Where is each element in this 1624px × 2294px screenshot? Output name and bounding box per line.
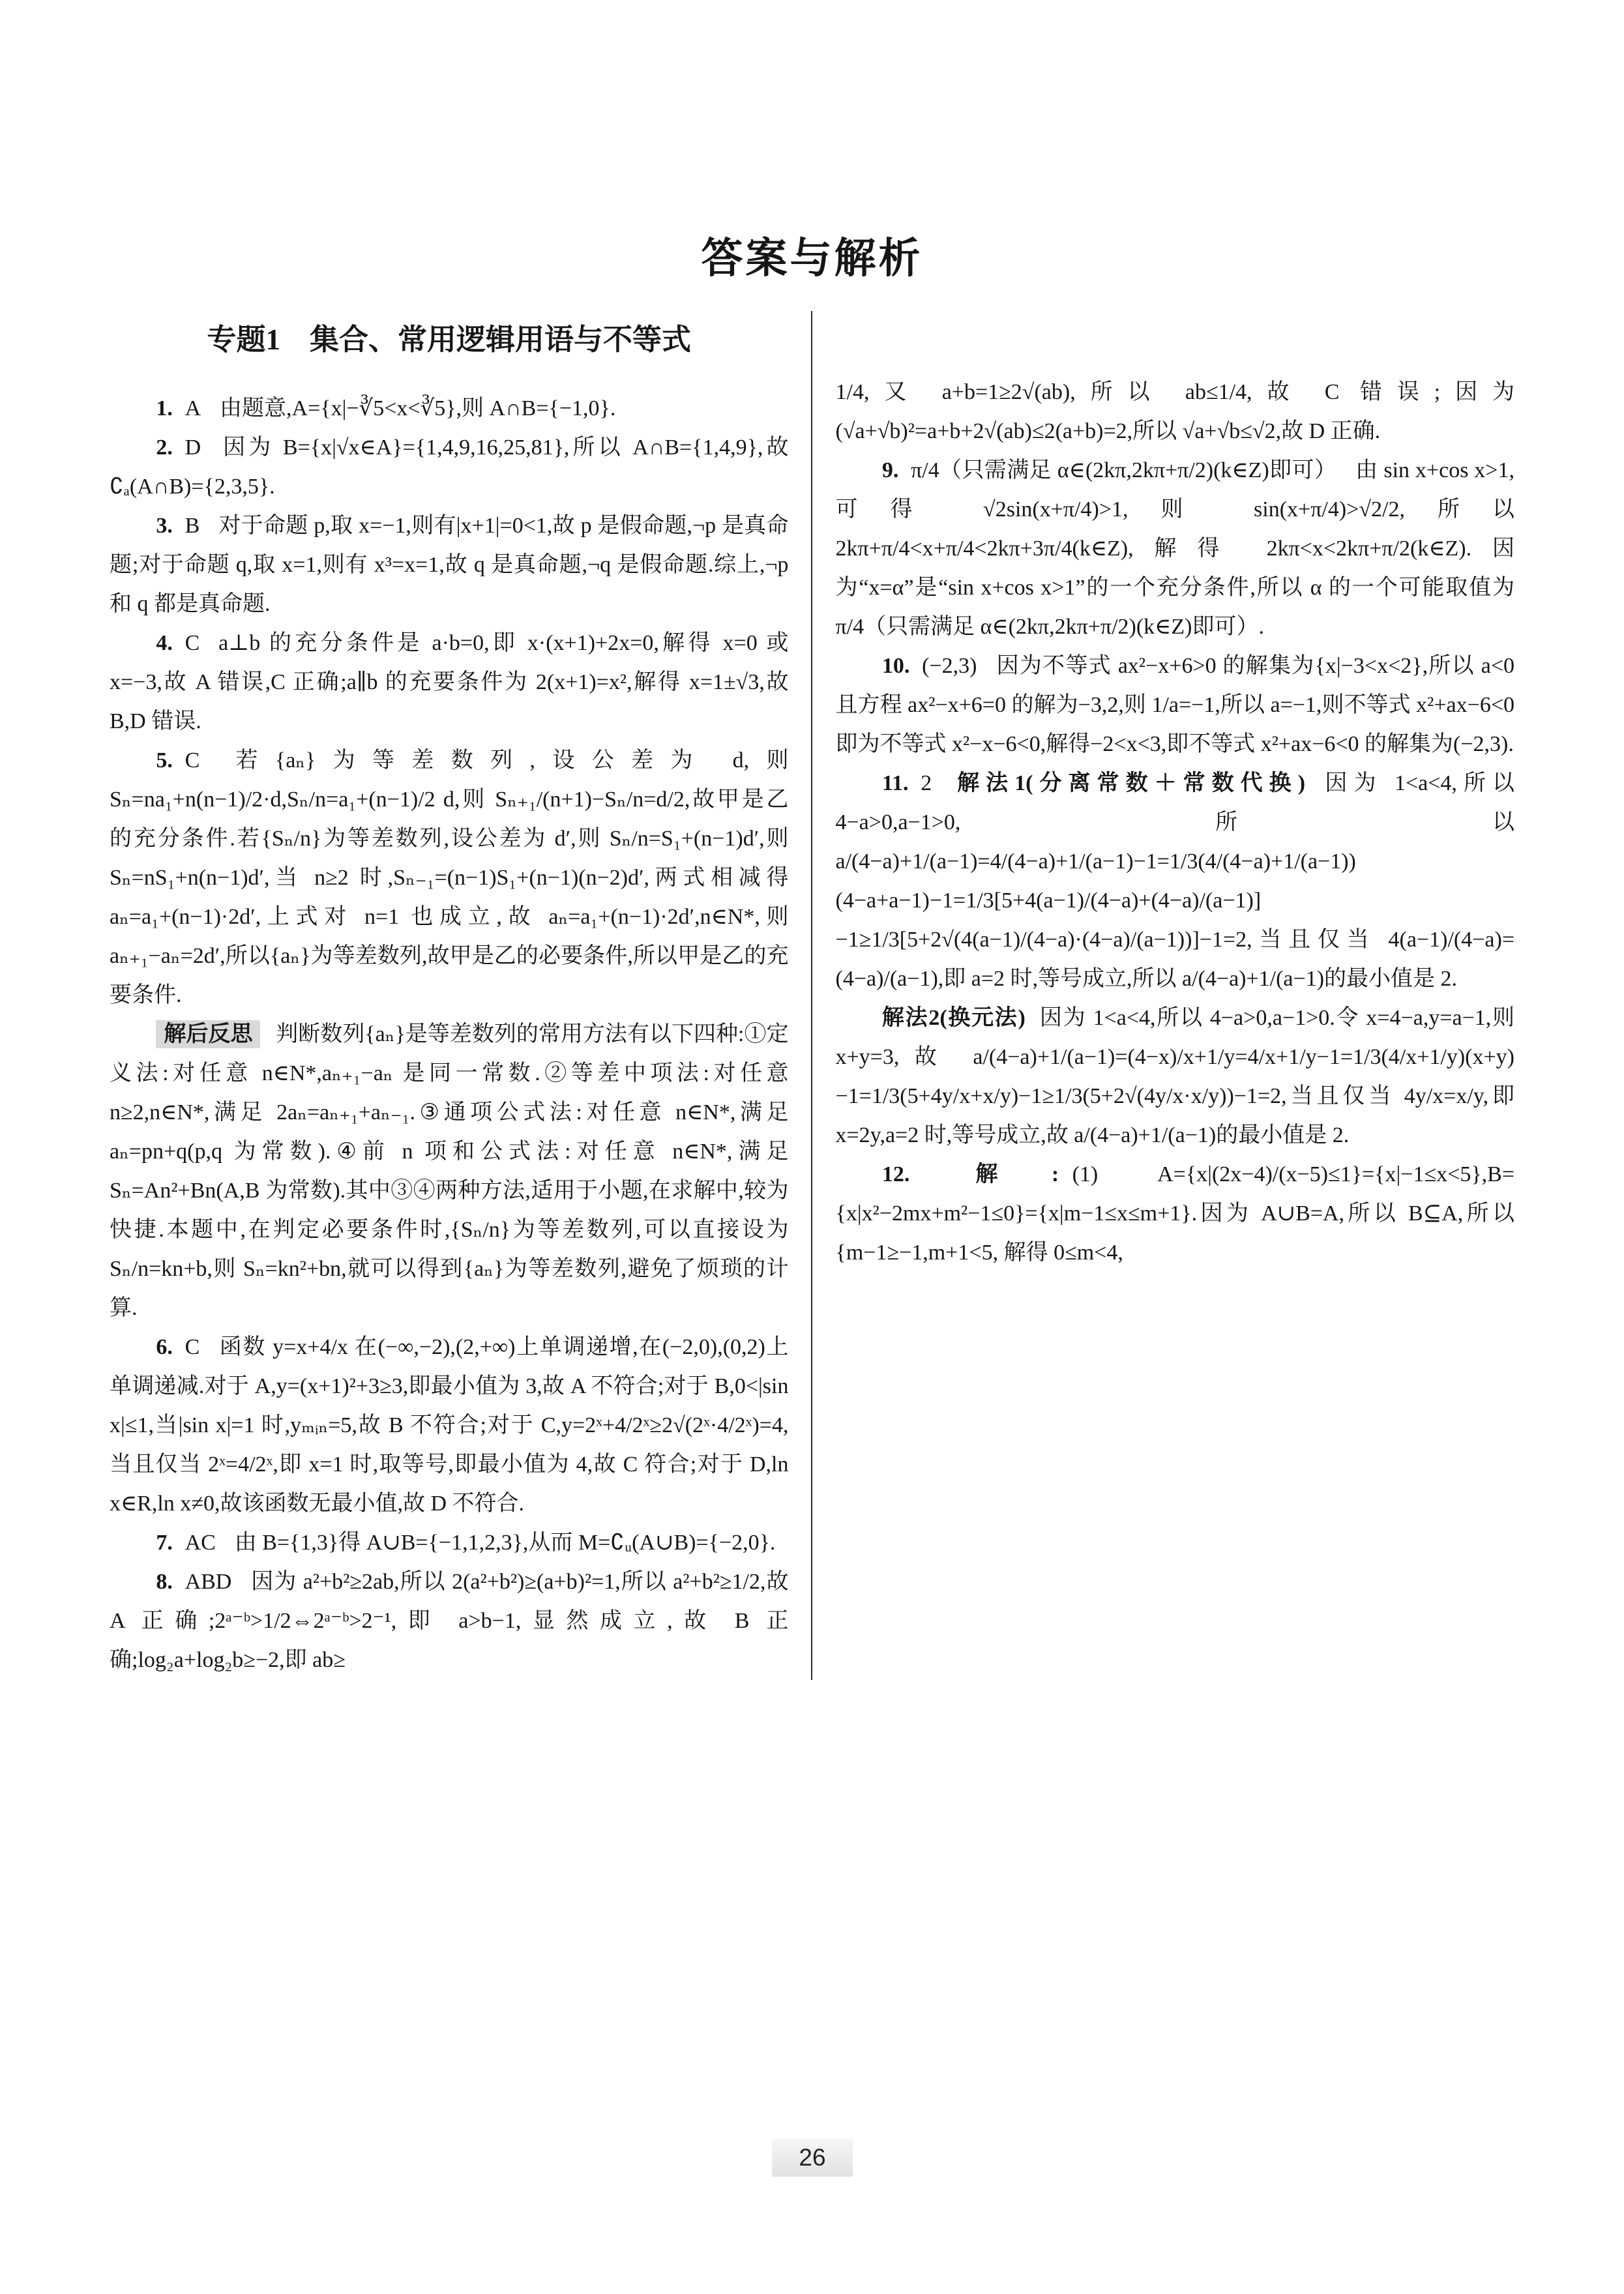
reflection-note: 解后反思判断数列{aₙ}是等差数列的常用方法有以下四种:①定义法:对任意 n∈N… [110, 1015, 789, 1328]
solution-item-8-continued: 1/4,又 a+b=1≥2√(ab),所以 ab≤1/4,故 C 错误;因为(√… [836, 373, 1515, 451]
item-answer: D [185, 435, 201, 460]
solution-item-7: 7.AC由 B={1,3}得 A∪B={−1,1,2,3},从而 M=∁ᵤ(A∪… [110, 1523, 789, 1563]
item-body: 对于命题 p,取 x=−1,则有|x+1|=0<1,故 p 是假命题,¬p 是真… [110, 514, 789, 616]
section-heading: 专题1 集合、常用逻辑用语与不等式 [110, 320, 789, 359]
two-column-layout: 专题1 集合、常用逻辑用语与不等式 1.A由题意,A={x|−∛5<x<∛5},… [0, 311, 1624, 1680]
solution-item-6: 6.C函数 y=x+4/x 在(−∞,−2),(2,+∞)上单调递增,在(−2,… [110, 1328, 789, 1523]
item-number: 6. [156, 1335, 173, 1359]
item-answer: (−2,3) [922, 654, 977, 678]
reflection-label: 解后反思 [156, 1020, 260, 1048]
method-label: 解: [922, 1162, 1059, 1186]
item-answer: C [185, 1335, 200, 1359]
item-body: 函数 y=x+4/x 在(−∞,−2),(2,+∞)上单调递增,在(−2,0),… [110, 1335, 789, 1516]
item-number: 4. [156, 631, 173, 655]
item-number: 3. [156, 514, 173, 538]
item-number: 7. [156, 1531, 173, 1555]
solution-item-5: 5.C若{aₙ}为等差数列,设公差为 d,则 Sₙ=na₁+n(n−1)/2·d… [110, 741, 789, 1015]
item-number: 12. [882, 1162, 910, 1186]
solution-item-8: 8.ABD因为 a²+b²≥2ab,所以 2(a²+b²)≥(a+b)²=1,所… [110, 1563, 789, 1680]
item-answer: C [185, 748, 200, 772]
item-answer: ABD [185, 1570, 232, 1594]
solution-item-9: 9.π/4（只需满足 α∈(2kπ,2kπ+π/2)(k∈Z)即可）由 sin … [836, 451, 1515, 647]
item-number: 8. [156, 1570, 173, 1594]
right-column: 1/4,又 a+b=1≥2√(ab),所以 ab≤1/4,故 C 错误;因为(√… [812, 311, 1515, 1680]
item-number: 11. [882, 771, 909, 795]
item-body: 若{aₙ}为等差数列,设公差为 d,则 Sₙ=na₁+n(n−1)/2·d,Sₙ… [110, 748, 789, 1007]
item-number: 2. [156, 435, 173, 460]
reflection-text: 判断数列{aₙ}是等差数列的常用方法有以下四种:①定义法:对任意 n∈N*,aₙ… [110, 1022, 789, 1320]
item-body: 因为 B={x|√x∈A}={1,4,9,16,25,81},所以 A∩B={1… [110, 435, 789, 499]
item-answer: AC [185, 1531, 216, 1555]
item-body: a⊥b 的充分条件是 a·b=0,即 x·(x+1)+2x=0,解得 x=0 或… [110, 631, 789, 733]
solution-item-11-method-1: 11.2解法1(分离常数＋常数代换)因为 1<a<4,所以 4−a>0,a−1>… [836, 764, 1515, 999]
solution-item-4: 4.Ca⊥b 的充分条件是 a·b=0,即 x·(x+1)+2x=0,解得 x=… [110, 624, 789, 741]
item-body: 由 sin x+cos x>1,可得 √2sin(x+π/4)>1,则 sin(… [836, 458, 1515, 639]
answer-key-page: 答案与解析 专题1 集合、常用逻辑用语与不等式 1.A由题意,A={x|−∛5<… [0, 0, 1624, 2294]
solution-item-10: 10.(−2,3)因为不等式 ax²−x+6>0 的解集为{x|−3<x<2},… [836, 647, 1515, 764]
item-answer: C [185, 631, 200, 655]
item-number: 1. [156, 396, 173, 420]
item-number: 9. [882, 458, 899, 482]
solution-item-2: 2.D因为 B={x|√x∈A}={1,4,9,16,25,81},所以 A∩B… [110, 428, 789, 507]
item-number: 10. [882, 654, 910, 678]
item-answer: B [185, 514, 200, 538]
solution-item-11-method-2: 解法2(换元法)因为 1<a<4,所以 4−a>0,a−1>0.令 x=4−a,… [836, 999, 1515, 1155]
left-column: 专题1 集合、常用逻辑用语与不等式 1.A由题意,A={x|−∛5<x<∛5},… [110, 311, 811, 1680]
solution-item-12: 12.解:(1) A={x|(2x−4)/(x−5)≤1}={x|−1≤x<5}… [836, 1155, 1515, 1272]
item-body: 因为 1<a<4,所以 4−a>0,a−1>0,所以 a/(4−a)+1/(a−… [836, 771, 1515, 991]
item-answer: π/4（只需满足 α∈(2kπ,2kπ+π/2)(k∈Z)即可） [911, 458, 1336, 482]
page-title: 答案与解析 [0, 0, 1624, 285]
item-body: 1/4,又 a+b=1≥2√(ab),所以 ab≤1/4,故 C 错误;因为(√… [836, 380, 1515, 443]
item-number: 5. [156, 748, 173, 772]
page-number: 26 [799, 2144, 825, 2171]
method-label: 解法2(换元法) [882, 1006, 1026, 1030]
method-label: 解法1(分离常数＋常数代换) [951, 771, 1305, 795]
solution-item-1: 1.A由题意,A={x|−∛5<x<∛5},则 A∩B={−1,0}. [110, 389, 789, 428]
item-answer: A [185, 396, 201, 420]
page-number-tab: 26 [772, 2139, 853, 2177]
item-body: 由题意,A={x|−∛5<x<∛5},则 A∩B={−1,0}. [220, 396, 615, 420]
item-body: 由 B={1,3}得 A∪B={−1,1,2,3},从而 M=∁ᵤ(A∪B)={… [235, 1531, 776, 1555]
solution-item-3: 3.B对于命题 p,取 x=−1,则有|x+1|=0<1,故 p 是假命题,¬p… [110, 507, 789, 624]
item-answer: 2 [921, 771, 932, 795]
